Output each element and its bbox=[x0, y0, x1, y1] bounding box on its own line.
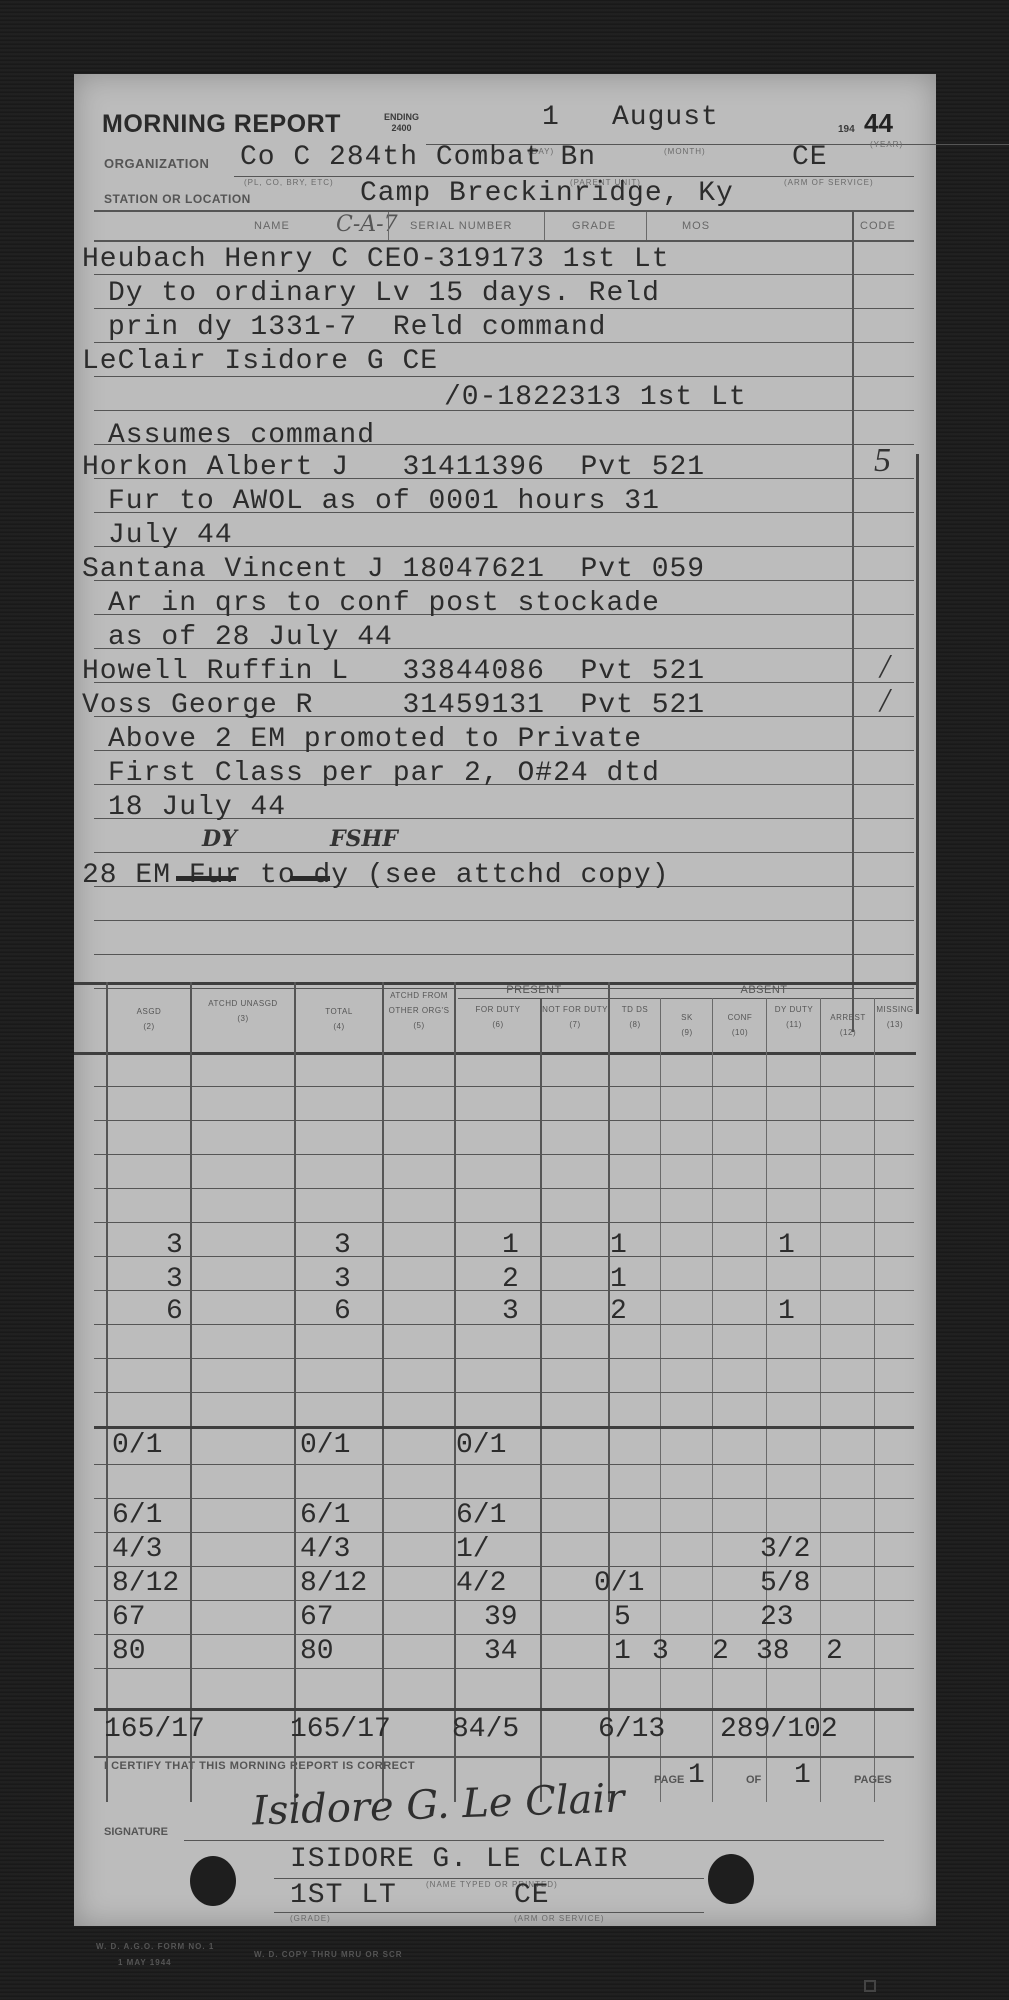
cell-td-ds: 0/1 bbox=[594, 1568, 644, 1599]
roster-line: July 44 bbox=[108, 520, 233, 551]
roster-line: 18 July 44 bbox=[108, 792, 286, 823]
corner-stamp-icon bbox=[864, 1980, 876, 1992]
strikeout-dy bbox=[290, 876, 330, 881]
cell-for-duty: 3 bbox=[502, 1296, 519, 1327]
cell-conf: 5/8 bbox=[760, 1568, 810, 1599]
cell-for-duty: 1 bbox=[502, 1230, 519, 1261]
morning-report-form: MORNING REPORT ENDING 2400 1 August (DAY… bbox=[74, 74, 936, 1926]
year-caption: (YEAR) bbox=[870, 140, 903, 149]
roster-line: Assumes command bbox=[108, 420, 375, 451]
page-count: 1 bbox=[794, 1760, 812, 1791]
ending-text: ENDING bbox=[384, 112, 419, 123]
cell-for-duty: 1/ bbox=[456, 1534, 490, 1565]
column-mos-header: MOS bbox=[682, 220, 710, 232]
column-serial-header: SERIAL NUMBER bbox=[410, 220, 512, 232]
grade-caption: (GRADE) bbox=[290, 1914, 331, 1923]
page-label: PAGE bbox=[654, 1774, 684, 1786]
signature-label: SIGNATURE bbox=[104, 1826, 168, 1838]
strikeout-fur bbox=[176, 876, 236, 881]
roster-line: /0-1822313 1st Lt bbox=[444, 382, 747, 413]
cell-for-duty: 39 bbox=[484, 1602, 518, 1633]
cell-asgd: 6/1 bbox=[112, 1500, 162, 1531]
roster-divider-name bbox=[388, 212, 389, 240]
cell-total: 80 bbox=[300, 1636, 334, 1667]
ending-time: 2400 bbox=[384, 123, 419, 134]
col-header-conf: CONF(10) bbox=[714, 1010, 766, 1040]
year-prefix: 194 bbox=[838, 124, 855, 135]
certification-statement: I CERTIFY THAT THIS MORNING REPORT IS CO… bbox=[104, 1760, 415, 1772]
roster-line: Horkon Albert J 31411396 Pvt 521 bbox=[82, 452, 705, 483]
officer-arm: CE bbox=[514, 1880, 550, 1911]
printed-name-line bbox=[274, 1878, 704, 1879]
cell-not-for-duty: 1 bbox=[610, 1264, 627, 1295]
roster-line: Fur to AWOL as of 0001 hours 31 bbox=[108, 486, 660, 517]
cell-for-duty: 2 bbox=[502, 1264, 519, 1295]
handwritten-correction-fshf: FSHF bbox=[330, 826, 398, 852]
cell-for-duty: 0/1 bbox=[456, 1430, 506, 1461]
cell-for-duty: 6/1 bbox=[456, 1500, 506, 1531]
column-grade-header: GRADE bbox=[572, 220, 616, 232]
cell-conf: 3/2 bbox=[760, 1534, 810, 1565]
cell-td-ds: 5 bbox=[614, 1602, 631, 1633]
roster-line: Heubach Henry C CEO-319173 1st Lt bbox=[82, 244, 670, 275]
roster-line: Dy to ordinary Lv 15 days. Reld bbox=[108, 278, 660, 309]
cell-asgd: 3 bbox=[166, 1264, 183, 1295]
organization-underline bbox=[234, 176, 914, 177]
cell-total: 3 bbox=[334, 1264, 351, 1295]
col-header-not-for-duty: NOT FOR DUTY(7) bbox=[542, 1002, 608, 1032]
cell-for-duty: 34 bbox=[484, 1636, 518, 1667]
group-absent-label: ABSENT bbox=[614, 984, 914, 997]
col-header-sk: SK(9) bbox=[662, 1010, 712, 1040]
report-month: August bbox=[612, 102, 719, 133]
organization-value: Co C 284th Combat Bn bbox=[240, 142, 596, 173]
group-present-label: PRESENT bbox=[462, 984, 606, 997]
handwritten-correction-dy: DY bbox=[202, 826, 237, 852]
cell-conf: 1 bbox=[778, 1230, 795, 1261]
roster-line: as of 28 July 44 bbox=[108, 622, 393, 653]
col-header-dy-duty: DY DUTY(11) bbox=[768, 1002, 820, 1032]
cell-asgd: 8/12 bbox=[112, 1568, 179, 1599]
copy-note: W. D. COPY THRU MRU OR SCR bbox=[254, 1950, 403, 1959]
column-code-header: CODE bbox=[860, 220, 896, 232]
cell-asgd: 80 bbox=[112, 1636, 146, 1667]
station-label: STATION OR LOCATION bbox=[104, 192, 251, 206]
report-year: 44 bbox=[864, 108, 893, 139]
roster-divider-code bbox=[852, 212, 854, 1032]
roster-line: LeClair Isidore G CE bbox=[82, 346, 438, 377]
col-header-td-ds: TD DS(8) bbox=[610, 1002, 660, 1032]
handwritten-signature: Isidore G. Le Clair bbox=[251, 1776, 625, 1835]
total-conf: 289/102 bbox=[720, 1714, 838, 1745]
roster-divider-serial bbox=[544, 212, 545, 240]
cell-arrest: 2 bbox=[826, 1636, 843, 1667]
arm-caption-sig: (ARM OR SERVICE) bbox=[514, 1914, 605, 1923]
strength-header-bottom bbox=[74, 1052, 916, 1055]
cell-total: 6/1 bbox=[300, 1500, 350, 1531]
cell-conf: 23 bbox=[760, 1602, 794, 1633]
col-header-missing: MISSING(13) bbox=[876, 1002, 914, 1032]
punch-hole-right bbox=[708, 1854, 754, 1904]
total-for-duty: 84/5 bbox=[452, 1714, 519, 1745]
roster-line: prin dy 1331-7 Reld command bbox=[108, 312, 606, 343]
cell-asgd: 4/3 bbox=[112, 1534, 162, 1565]
cell-dy-duty: 38 bbox=[756, 1636, 790, 1667]
cell-total: 0/1 bbox=[300, 1430, 350, 1461]
total-total: 165/17 bbox=[290, 1714, 391, 1745]
cell-asgd: 0/1 bbox=[112, 1430, 162, 1461]
cell-total: 8/12 bbox=[300, 1568, 367, 1599]
cell-for-duty: 4/2 bbox=[456, 1568, 506, 1599]
total-asgd: 165/17 bbox=[104, 1714, 205, 1745]
cell-not-for-duty: 1 bbox=[610, 1230, 627, 1261]
col-header-for-duty: FOR DUTY(6) bbox=[456, 1002, 540, 1032]
pages-label: PAGES bbox=[854, 1774, 892, 1786]
roster-divider-grade bbox=[646, 212, 647, 240]
organization-caption: (PL, CO, BRY, ETC) bbox=[244, 178, 334, 187]
cell-sk: 3 bbox=[652, 1636, 669, 1667]
code-mark: 5 bbox=[874, 442, 891, 480]
roster-line: Voss George R 31459131 Pvt 521 bbox=[82, 690, 705, 721]
roster-line: 28 EM Fur to dy (see attchd copy) bbox=[82, 860, 670, 891]
printed-name: ISIDORE G. LE CLAIR bbox=[290, 1844, 628, 1875]
roster-line: Ar in qrs to conf post stockade bbox=[108, 588, 660, 619]
officer-grade: 1ST LT bbox=[290, 1880, 397, 1911]
col-header-atchd-other: ATCHD FROM OTHER ORG'S(5) bbox=[384, 988, 454, 1033]
column-name-header: NAME bbox=[254, 220, 290, 232]
cell-td-ds: 1 bbox=[614, 1636, 631, 1667]
cell-total: 67 bbox=[300, 1602, 334, 1633]
grade-line bbox=[274, 1912, 704, 1913]
form-date: 1 MAY 1944 bbox=[118, 1958, 172, 1967]
punch-hole-left bbox=[190, 1856, 236, 1906]
col-header-arrest: ARREST(12) bbox=[822, 1010, 874, 1040]
cell-asgd: 6 bbox=[166, 1296, 183, 1327]
arm-caption: (ARM OF SERVICE) bbox=[784, 178, 874, 187]
roster-line: Howell Ruffin L 33844086 Pvt 521 bbox=[82, 656, 705, 687]
cell-not-for-duty: 2 bbox=[610, 1296, 627, 1327]
page-number: 1 bbox=[688, 1760, 706, 1791]
month-caption: (MONTH) bbox=[664, 147, 706, 156]
roster-line: Santana Vincent J 18047621 Pvt 059 bbox=[82, 554, 705, 585]
code-mark: / bbox=[880, 682, 889, 720]
code-mark: / bbox=[880, 648, 889, 686]
station-underline bbox=[94, 210, 914, 212]
cell-conf: 1 bbox=[778, 1296, 795, 1327]
form-number: W. D. A.G.O. FORM NO. 1 bbox=[96, 1942, 214, 1951]
present-absent-rule bbox=[458, 998, 914, 999]
report-day: 1 bbox=[542, 102, 560, 133]
signature-line bbox=[184, 1840, 884, 1841]
cell-total: 4/3 bbox=[300, 1534, 350, 1565]
roster-line: First Class per par 2, O#24 dtd bbox=[108, 758, 660, 789]
ending-label: ENDING 2400 bbox=[384, 112, 419, 134]
arm-of-service-value: CE bbox=[792, 142, 828, 173]
cell-asgd: 3 bbox=[166, 1230, 183, 1261]
total-td-ds: 6/13 bbox=[598, 1714, 665, 1745]
cell-asgd: 67 bbox=[112, 1602, 146, 1633]
col-header-total: TOTAL(4) bbox=[296, 1004, 382, 1034]
roster-line: Above 2 EM promoted to Private bbox=[108, 724, 642, 755]
cell-total: 3 bbox=[334, 1230, 351, 1261]
form-title: MORNING REPORT bbox=[102, 110, 341, 139]
station-value: Camp Breckinridge, Ky bbox=[360, 178, 734, 209]
cell-conf: 2 bbox=[712, 1636, 729, 1667]
cell-total: 6 bbox=[334, 1296, 351, 1327]
col-header-asgd: ASGD(2) bbox=[108, 1004, 190, 1034]
col-header-atchd-unasgd: ATCHD UNASGD(3) bbox=[192, 996, 294, 1026]
organization-label: ORGANIZATION bbox=[104, 156, 209, 171]
roster-header-rule bbox=[94, 240, 914, 242]
of-label: OF bbox=[746, 1774, 761, 1786]
paper-curl-edge bbox=[916, 454, 919, 1014]
